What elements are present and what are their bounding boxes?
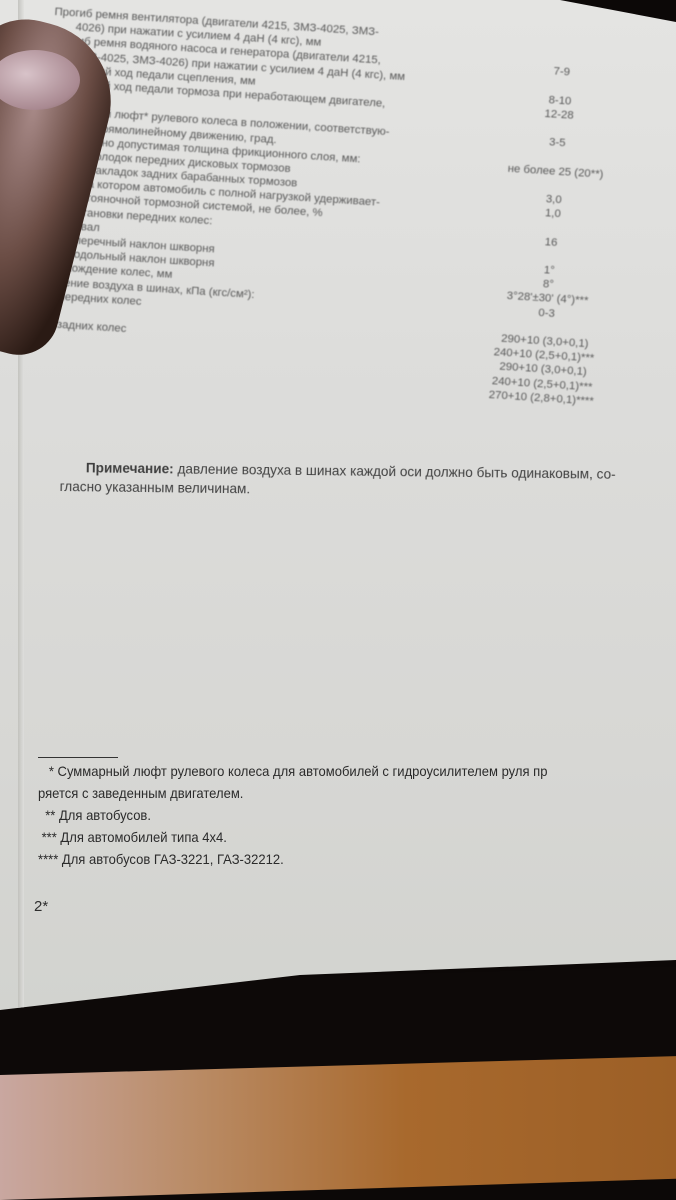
footnote-2: ** Для автобусов.	[38, 804, 652, 826]
footnote-rule	[38, 757, 118, 758]
note-label: Примечание:	[86, 460, 174, 476]
book-page: Прогиб ремня вентилятора (двигатели 4215…	[0, 0, 676, 1010]
spec-label	[33, 359, 55, 360]
specifications-table: Прогиб ремня вентилятора (двигатели 4215…	[32, 5, 674, 412]
footnote-4: **** Для автобусов ГАЗ-3221, ГАЗ-32212.	[38, 848, 652, 870]
note-paragraph: Примечание: давление воздуха в шинах каж…	[60, 458, 676, 504]
spec-value	[484, 32, 644, 42]
footnotes: * Суммарный люфт рулевого колеса для авт…	[38, 760, 652, 870]
footnote-1-cont: ряется с заведенным двигателем.	[38, 782, 652, 804]
footnote-3: *** Для автомобилей типа 4х4.	[38, 826, 652, 848]
footnote-1: * Суммарный люфт рулевого колеса для авт…	[38, 760, 652, 782]
page-number: 2*	[34, 898, 48, 915]
